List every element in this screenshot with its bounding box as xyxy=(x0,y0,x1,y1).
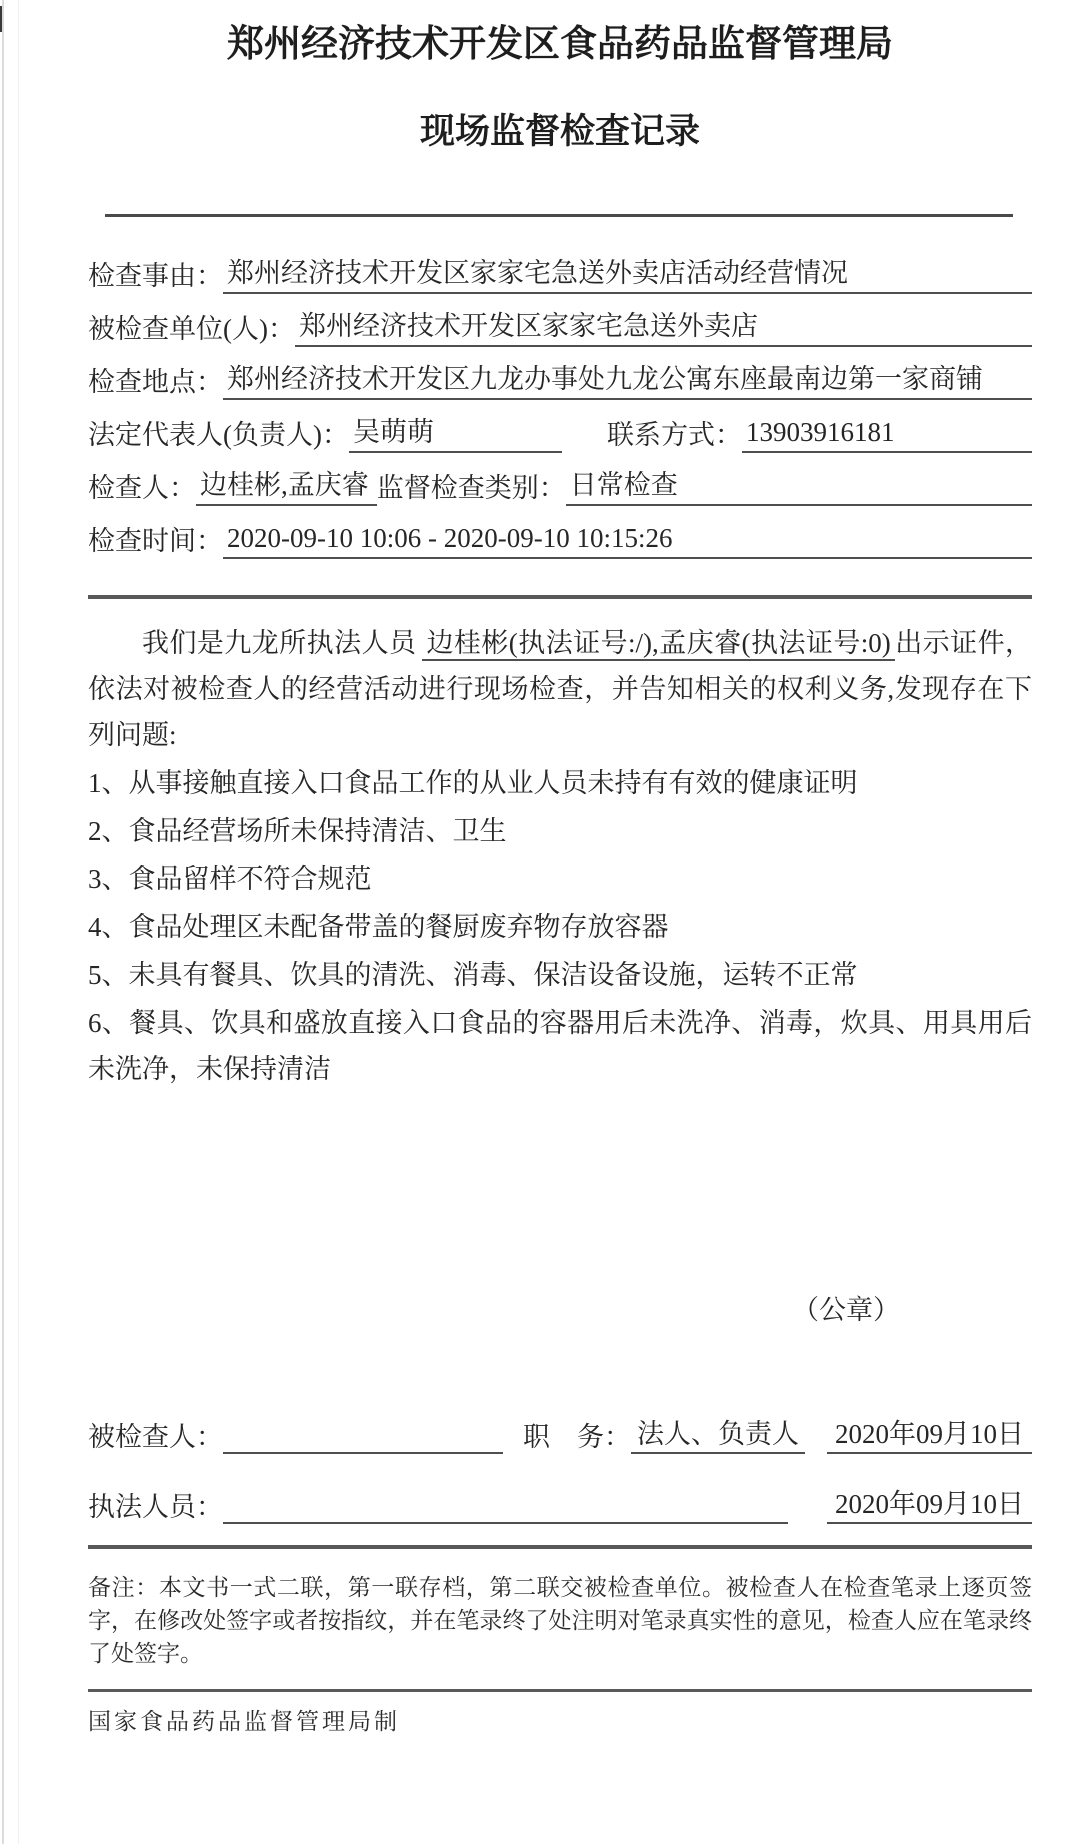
issue-item-5: 5、未具有餐具、饮具的清洗、消毒、保洁设备设施，运转不正常 xyxy=(88,952,1032,998)
page-edge-line-inner xyxy=(18,0,19,1844)
representative-label: 法定代表人(负责人)： xyxy=(88,417,349,453)
issue-item-3: 3、食品留样不符合规范 xyxy=(88,856,1032,902)
issues-list: 1、从事接触直接入口食品工作的从业人员未持有有效的健康证明 2、食品经营场所未保… xyxy=(88,760,1032,1092)
category-label: 监督检查类别： xyxy=(377,470,566,506)
remark-paragraph: 备注：本文书一式二联，第一联存档，第二联交被检查单位。被检查人在检查笔录上逐页签… xyxy=(88,1571,1032,1670)
duty-label: 职 务： xyxy=(523,1420,631,1454)
enforcer-date: 2020年09月10日 xyxy=(827,1487,1032,1524)
contact-value: 13903916181 xyxy=(742,414,1032,453)
location-label: 检查地点： xyxy=(88,364,223,400)
enforcer-label: 执法人员： xyxy=(88,1490,223,1524)
field-row-location: 检查地点： 郑州经济技术开发区九龙办事处九龙公寓东座最南边第一家商铺 xyxy=(88,347,1032,400)
field-row-time: 检查时间： 2020-09-10 10:06 - 2020-09-10 10:1… xyxy=(88,506,1032,559)
signature-row-inspected: 被检查人： 职 务： 法人、负责人 2020年09月10日 xyxy=(88,1414,1032,1454)
signature-row-enforcer: 执法人员： 2020年09月10日 xyxy=(88,1484,1032,1524)
inspected-date: 2020年09月10日 xyxy=(827,1417,1032,1454)
reason-label: 检查事由： xyxy=(88,258,223,294)
inspected-signature-blank xyxy=(223,1452,503,1454)
contact-label: 联系方式： xyxy=(607,417,742,453)
duty-value: 法人、负责人 xyxy=(631,1417,805,1454)
document-content: 郑州经济技术开发区食品药品监督管理局 现场监督检查记录 检查事由： 郑州经济技术… xyxy=(0,0,1080,1738)
field-row-inspector: 检查人： 边桂彬,孟庆睿 监督检查类别： 日常检查 xyxy=(88,453,1032,506)
category-value: 日常检查 xyxy=(566,467,1032,506)
section-separator-line xyxy=(88,595,1032,599)
time-label: 检查时间： xyxy=(88,523,223,559)
unit-value: 郑州经济技术开发区家家宅急送外卖店 xyxy=(295,308,1032,347)
intro-prefix: 我们是九龙所执法人员 xyxy=(142,628,416,658)
location-value: 郑州经济技术开发区九龙办事处九龙公寓东座最南边第一家商铺 xyxy=(223,361,1032,400)
intro-officers-underlined: 边桂彬(执法证号:/),孟庆睿(执法证号:0) xyxy=(422,628,894,661)
inspection-record-document: 郑州经济技术开发区食品药品监督管理局 现场监督检查记录 检查事由： 郑州经济技术… xyxy=(0,0,1080,1844)
issue-item-1: 1、从事接触直接入口食品工作的从业人员未持有有效的健康证明 xyxy=(88,760,1032,806)
fields-section: 检查事由： 郑州经济技术开发区家家宅急送外卖店活动经营情况 被检查单位(人)： … xyxy=(88,241,1032,559)
time-value: 2020-09-10 10:06 - 2020-09-10 10:15:26 xyxy=(223,520,1032,559)
reason-value: 郑州经济技术开发区家家宅急送外卖店活动经营情况 xyxy=(223,255,1032,294)
field-row-reason: 检查事由： 郑州经济技术开发区家家宅急送外卖店活动经营情况 xyxy=(88,241,1032,294)
issue-item-4: 4、食品处理区未配备带盖的餐厨废弃物存放容器 xyxy=(88,904,1032,950)
official-seal-placeholder: （公章） xyxy=(88,1290,1032,1330)
agency-title: 郑州经济技术开发区食品药品监督管理局 xyxy=(88,0,1032,66)
document-title: 现场监督检查记录 xyxy=(88,112,1032,152)
representative-value: 吴萌萌 xyxy=(349,414,562,453)
issuing-authority: 国家食品药品监督管理局制 xyxy=(88,1706,1032,1738)
issue-item-6: 6、餐具、饮具和盛放直接入口食品的容器用后未洗净、消毒，炊具、用具用后未洗净，未… xyxy=(88,1000,1032,1092)
intro-paragraph: 我们是九龙所执法人员边桂彬(执法证号:/),孟庆睿(执法证号:0)出示证件，依法… xyxy=(88,620,1032,758)
inspected-person-label: 被检查人： xyxy=(88,1420,223,1454)
page-edge-line xyxy=(2,0,4,1844)
inspector-value: 边桂彬,孟庆睿 xyxy=(196,467,377,506)
title-separator-line xyxy=(105,214,1013,217)
issue-item-2: 2、食品经营场所未保持清洁、卫生 xyxy=(88,808,1032,854)
issuer-separator-line xyxy=(88,1689,1032,1692)
field-row-representative: 法定代表人(负责人)： 吴萌萌 联系方式： 13903916181 xyxy=(88,400,1032,453)
enforcer-signature-blank xyxy=(223,1522,788,1524)
field-row-unit: 被检查单位(人)： 郑州经济技术开发区家家宅急送外卖店 xyxy=(88,294,1032,347)
unit-label: 被检查单位(人)： xyxy=(88,311,295,347)
inspector-label: 检查人： xyxy=(88,470,196,506)
footer-separator-line xyxy=(88,1545,1032,1549)
